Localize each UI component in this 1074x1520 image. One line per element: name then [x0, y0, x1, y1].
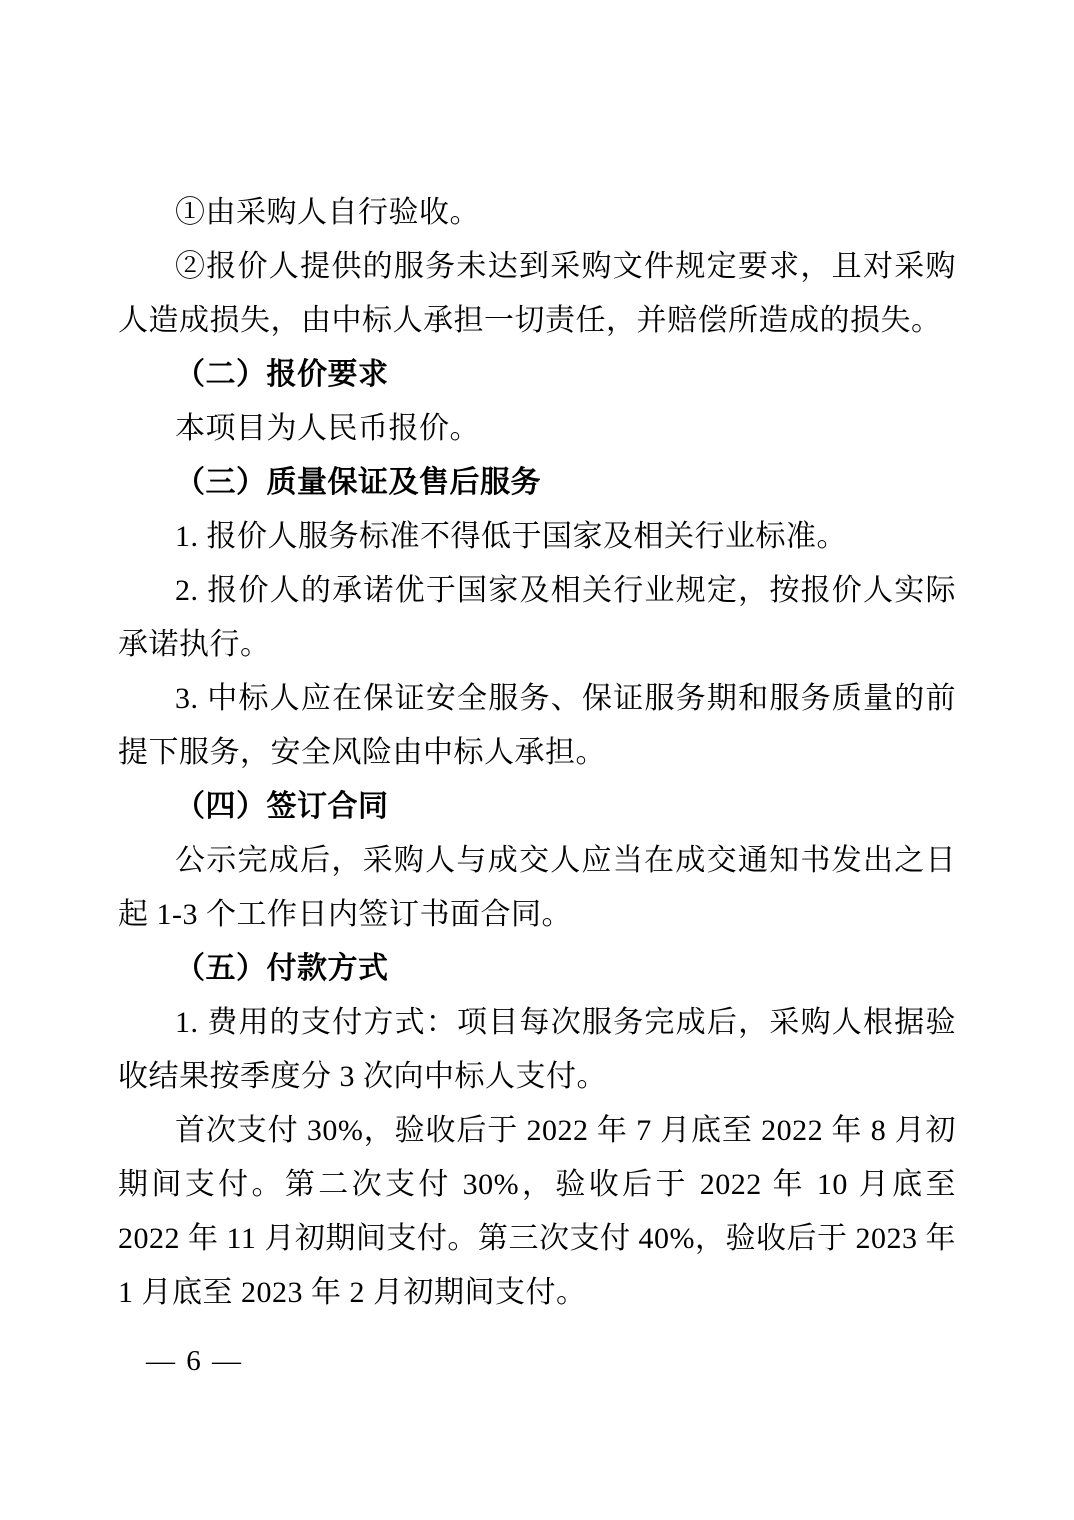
section-heading-quotation-requirements: （二）报价要求: [118, 348, 956, 402]
document-body: ①由采购人自行验收。 ②报价人提供的服务未达到采购文件规定要求，且对采购人造成损…: [118, 186, 956, 1320]
page-number: — 6 —: [146, 1341, 243, 1381]
section-heading-quality-assurance: （三）质量保证及售后服务: [118, 456, 956, 510]
paragraph-quality-item-3: 3. 中标人应在保证安全服务、保证服务期和服务质量的前提下服务，安全风险由中标人…: [118, 672, 956, 780]
paragraph-quality-item-1: 1. 报价人服务标准不得低于国家及相关行业标准。: [118, 510, 956, 564]
paragraph-quality-item-2: 2. 报价人的承诺优于国家及相关行业规定，按报价人实际承诺执行。: [118, 564, 956, 672]
paragraph-acceptance-2: ②报价人提供的服务未达到采购文件规定要求，且对采购人造成损失，由中标人承担一切责…: [118, 240, 956, 348]
section-heading-payment-method: （五）付款方式: [118, 942, 956, 996]
paragraph-acceptance-1: ①由采购人自行验收。: [118, 186, 956, 240]
paragraph-currency: 本项目为人民币报价。: [118, 402, 956, 456]
document-page: ①由采购人自行验收。 ②报价人提供的服务未达到采购文件规定要求，且对采购人造成损…: [0, 0, 1074, 1520]
paragraph-payment-item-1: 1. 费用的支付方式：项目每次服务完成后，采购人根据验收结果按季度分 3 次向中…: [118, 996, 956, 1104]
paragraph-payment-schedule: 首次支付 30%，验收后于 2022 年 7 月底至 2022 年 8 月初期间…: [118, 1104, 956, 1320]
section-heading-contract-signing: （四）签订合同: [118, 780, 956, 834]
paragraph-contract-signing: 公示完成后，采购人与成交人应当在成交通知书发出之日起 1-3 个工作日内签订书面…: [118, 834, 956, 942]
